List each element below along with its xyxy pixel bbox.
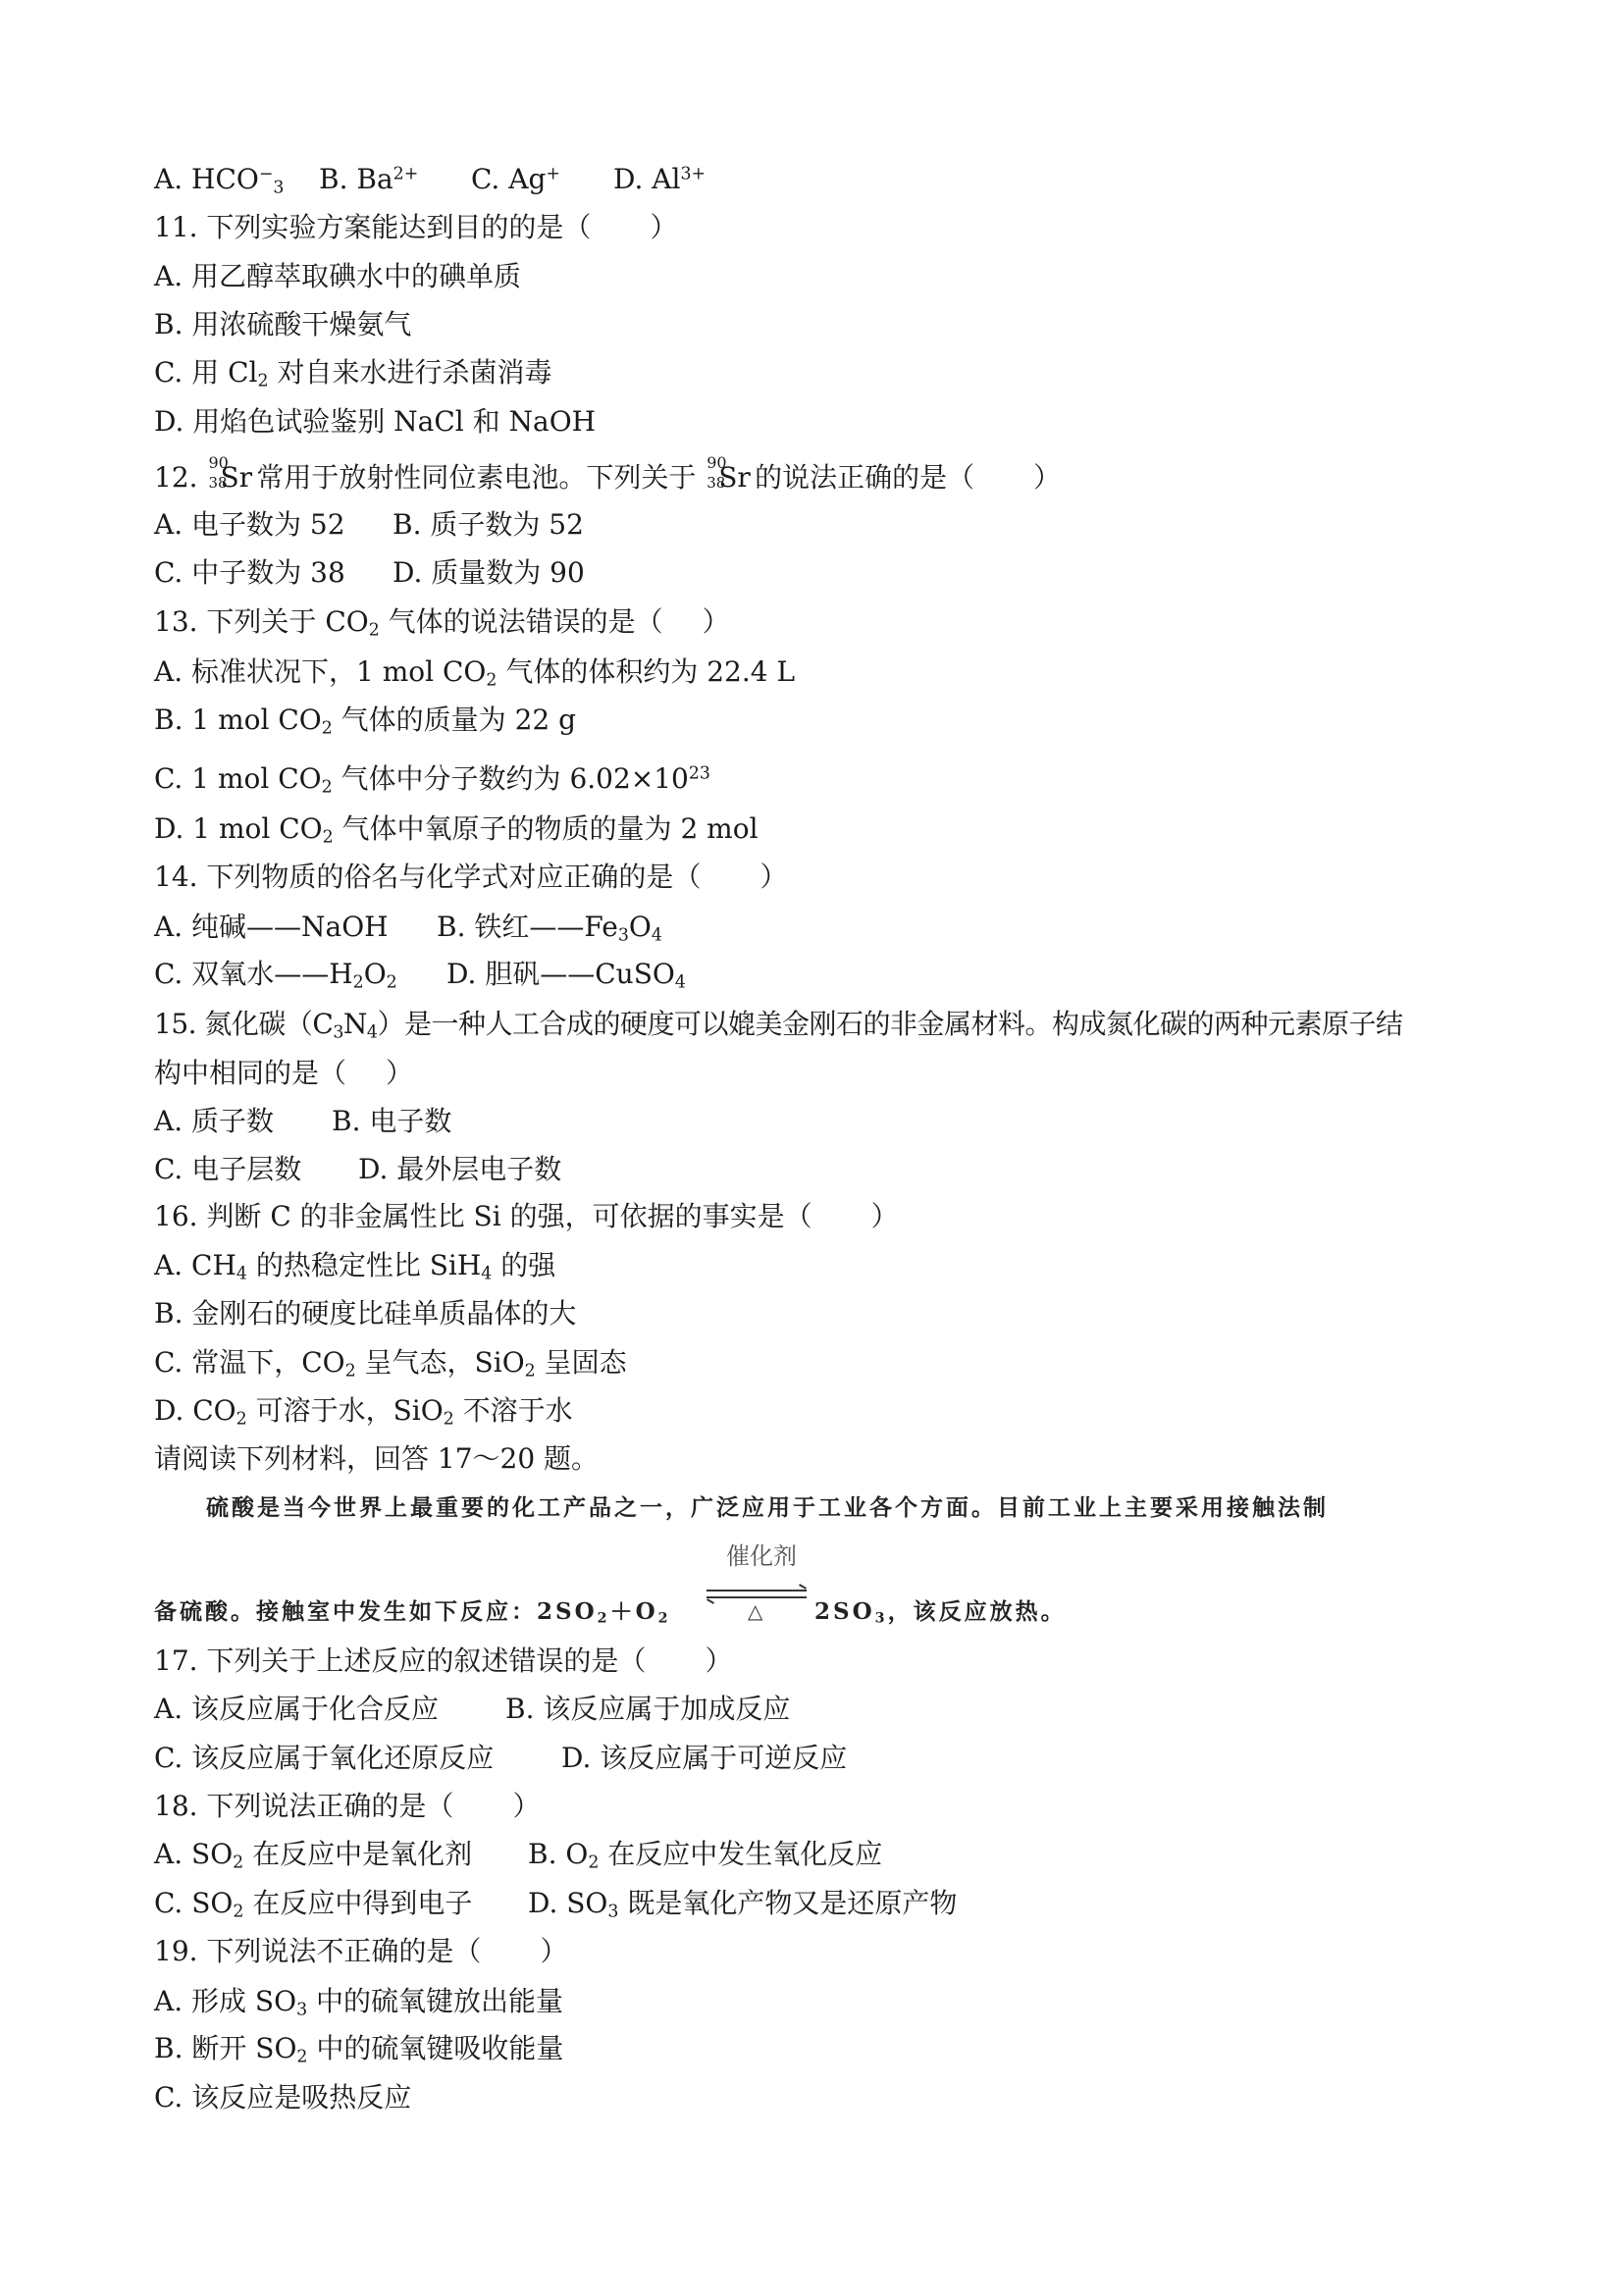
q13-option-a: A. 标准状况下，1 mol CO2 气体的体积约为 22.4 L [154, 652, 795, 692]
q12-stem: 12. 9038Sr 常用于放射性同位素电池。下列关于 9038Sr 的说法正确… [154, 458, 1061, 497]
reading-intro: 请阅读下列材料，回答 17～20 题。 [154, 1439, 599, 1479]
q10-option-d: D. Al3+ [613, 160, 706, 199]
forward-arrow-tip [799, 1584, 807, 1590]
q15-stem-line2: 构中相同的是（） [154, 1054, 413, 1093]
reverse-arrow-line [707, 1596, 807, 1598]
q18-option-a: A. SO2 在反应中是氧化剂 [154, 1835, 472, 1874]
q12-option-b: B. 质子数为 52 [393, 505, 584, 545]
q13-option-d: D. 1 mol CO2 气体中氧原子的物质的量为 2 mol [154, 809, 759, 849]
q18-option-c: C. SO2 在反应中得到电子 [154, 1884, 472, 1923]
passage-line1: 硫酸是当今世界上最重要的化工产品之一，广泛应用于工业各个方面。目前工业上主要采用… [206, 1491, 1329, 1525]
q10-option-c: C. Ag+ [471, 160, 560, 199]
passage-line2: 备硫酸。接触室中发生如下反应：2SO2＋O2 [154, 1595, 671, 1629]
q12-option-a: A. 电子数为 52 [154, 505, 345, 545]
q19-option-b: B. 断开 SO2 中的硫氧键吸收能量 [154, 2029, 563, 2068]
q15-stem-line1: 15. 氮化碳（C3N4）是一种人工合成的硬度可以媲美金刚石的非金属材料。构成氮… [154, 1005, 1402, 1044]
q14-option-d: D. 胆矾——CuSO4 [446, 955, 686, 994]
q19-stem: 19. 下列说法不正确的是（） [154, 1932, 567, 1971]
q19-option-c: C. 该反应是吸热反应 [154, 2078, 411, 2117]
reverse-arrow-tip [707, 1598, 714, 1604]
q14-stem: 14. 下列物质的俗名与化学式对应正确的是（） [154, 858, 787, 897]
q17-option-d: D. 该反应属于可逆反应 [561, 1739, 847, 1778]
catalyst-label: 催化剂 [726, 1537, 797, 1571]
q15-option-d: D. 最外层电子数 [358, 1150, 561, 1189]
q14-option-a: A. 纯碱——NaOH [154, 908, 389, 947]
q11-option-c: C. 用 Cl2 对自来水进行杀菌消毒 [154, 353, 551, 392]
q17-option-a: A. 该反应属于化合反应 [154, 1690, 439, 1729]
q18-option-d: D. SO3 既是氧化产物又是还原产物 [528, 1884, 957, 1923]
q16-option-a: A. CH4 的热稳定性比 SiH4 的强 [154, 1246, 555, 1285]
q10-option-a: A. HCO−3 [154, 160, 284, 199]
q11-option-a: A. 用乙醇萃取碘水中的碘单质 [154, 257, 521, 296]
q15-option-b: B. 电子数 [332, 1102, 451, 1141]
heat-condition-label: △ [748, 1599, 762, 1623]
q19-option-a: A. 形成 SO3 中的硫氧键放出能量 [154, 1982, 563, 2021]
reaction-arrow: 催化剂 △ [705, 1537, 812, 1635]
q18-stem: 18. 下列说法正确的是（） [154, 1787, 540, 1826]
q10-option-b: B. Ba2+ [319, 160, 418, 199]
q14-option-b: B. 铁红——Fe3O4 [437, 908, 662, 947]
isotope-notation: 9038Sr [705, 458, 734, 497]
q15-option-a: A. 质子数 [154, 1102, 274, 1141]
q17-option-b: B. 该反应属于加成反应 [505, 1690, 790, 1729]
q11-stem: 11. 下列实验方案能达到目的的是（） [154, 208, 677, 247]
q16-option-d: D. CO2 可溶于水，SiO2 不溶于水 [154, 1391, 573, 1431]
q11-option-d: D. 用焰色试验鉴别 NaCl 和 NaOH [154, 402, 596, 442]
q12-option-c: C. 中子数为 38 [154, 553, 345, 593]
q16-option-c: C. 常温下，CO2 呈气态，SiO2 呈固态 [154, 1343, 627, 1383]
q11-option-b: B. 用浓硫酸干燥氨气 [154, 305, 411, 344]
isotope-notation: 9038Sr [206, 458, 236, 497]
q14-option-c: C. 双氧水——H2O2 [154, 955, 397, 994]
q18-option-b: B. O2 在反应中发生氧化反应 [528, 1835, 882, 1874]
q13-stem: 13. 下列关于 CO2 气体的说法错误的是（） [154, 602, 730, 642]
forward-arrow-line [707, 1590, 807, 1592]
q17-stem: 17. 下列关于上述反应的叙述错误的是（） [154, 1642, 732, 1681]
q13-option-c: C. 1 mol CO2 气体中分子数约为 6.02×1023 [154, 759, 710, 799]
q16-stem: 16. 判断 C 的非金属性比 Si 的强，可依据的事实是（） [154, 1197, 899, 1236]
passage-line2-product: 2SO3，该反应放热。 [814, 1595, 1067, 1629]
q15-option-c: C. 电子层数 [154, 1150, 301, 1189]
q12-option-d: D. 质量数为 90 [393, 553, 585, 593]
q17-option-c: C. 该反应属于氧化还原反应 [154, 1739, 494, 1778]
q13-option-b: B. 1 mol CO2 气体的质量为 22 g [154, 701, 576, 740]
q16-option-b: B. 金刚石的硬度比硅单质晶体的大 [154, 1294, 576, 1333]
